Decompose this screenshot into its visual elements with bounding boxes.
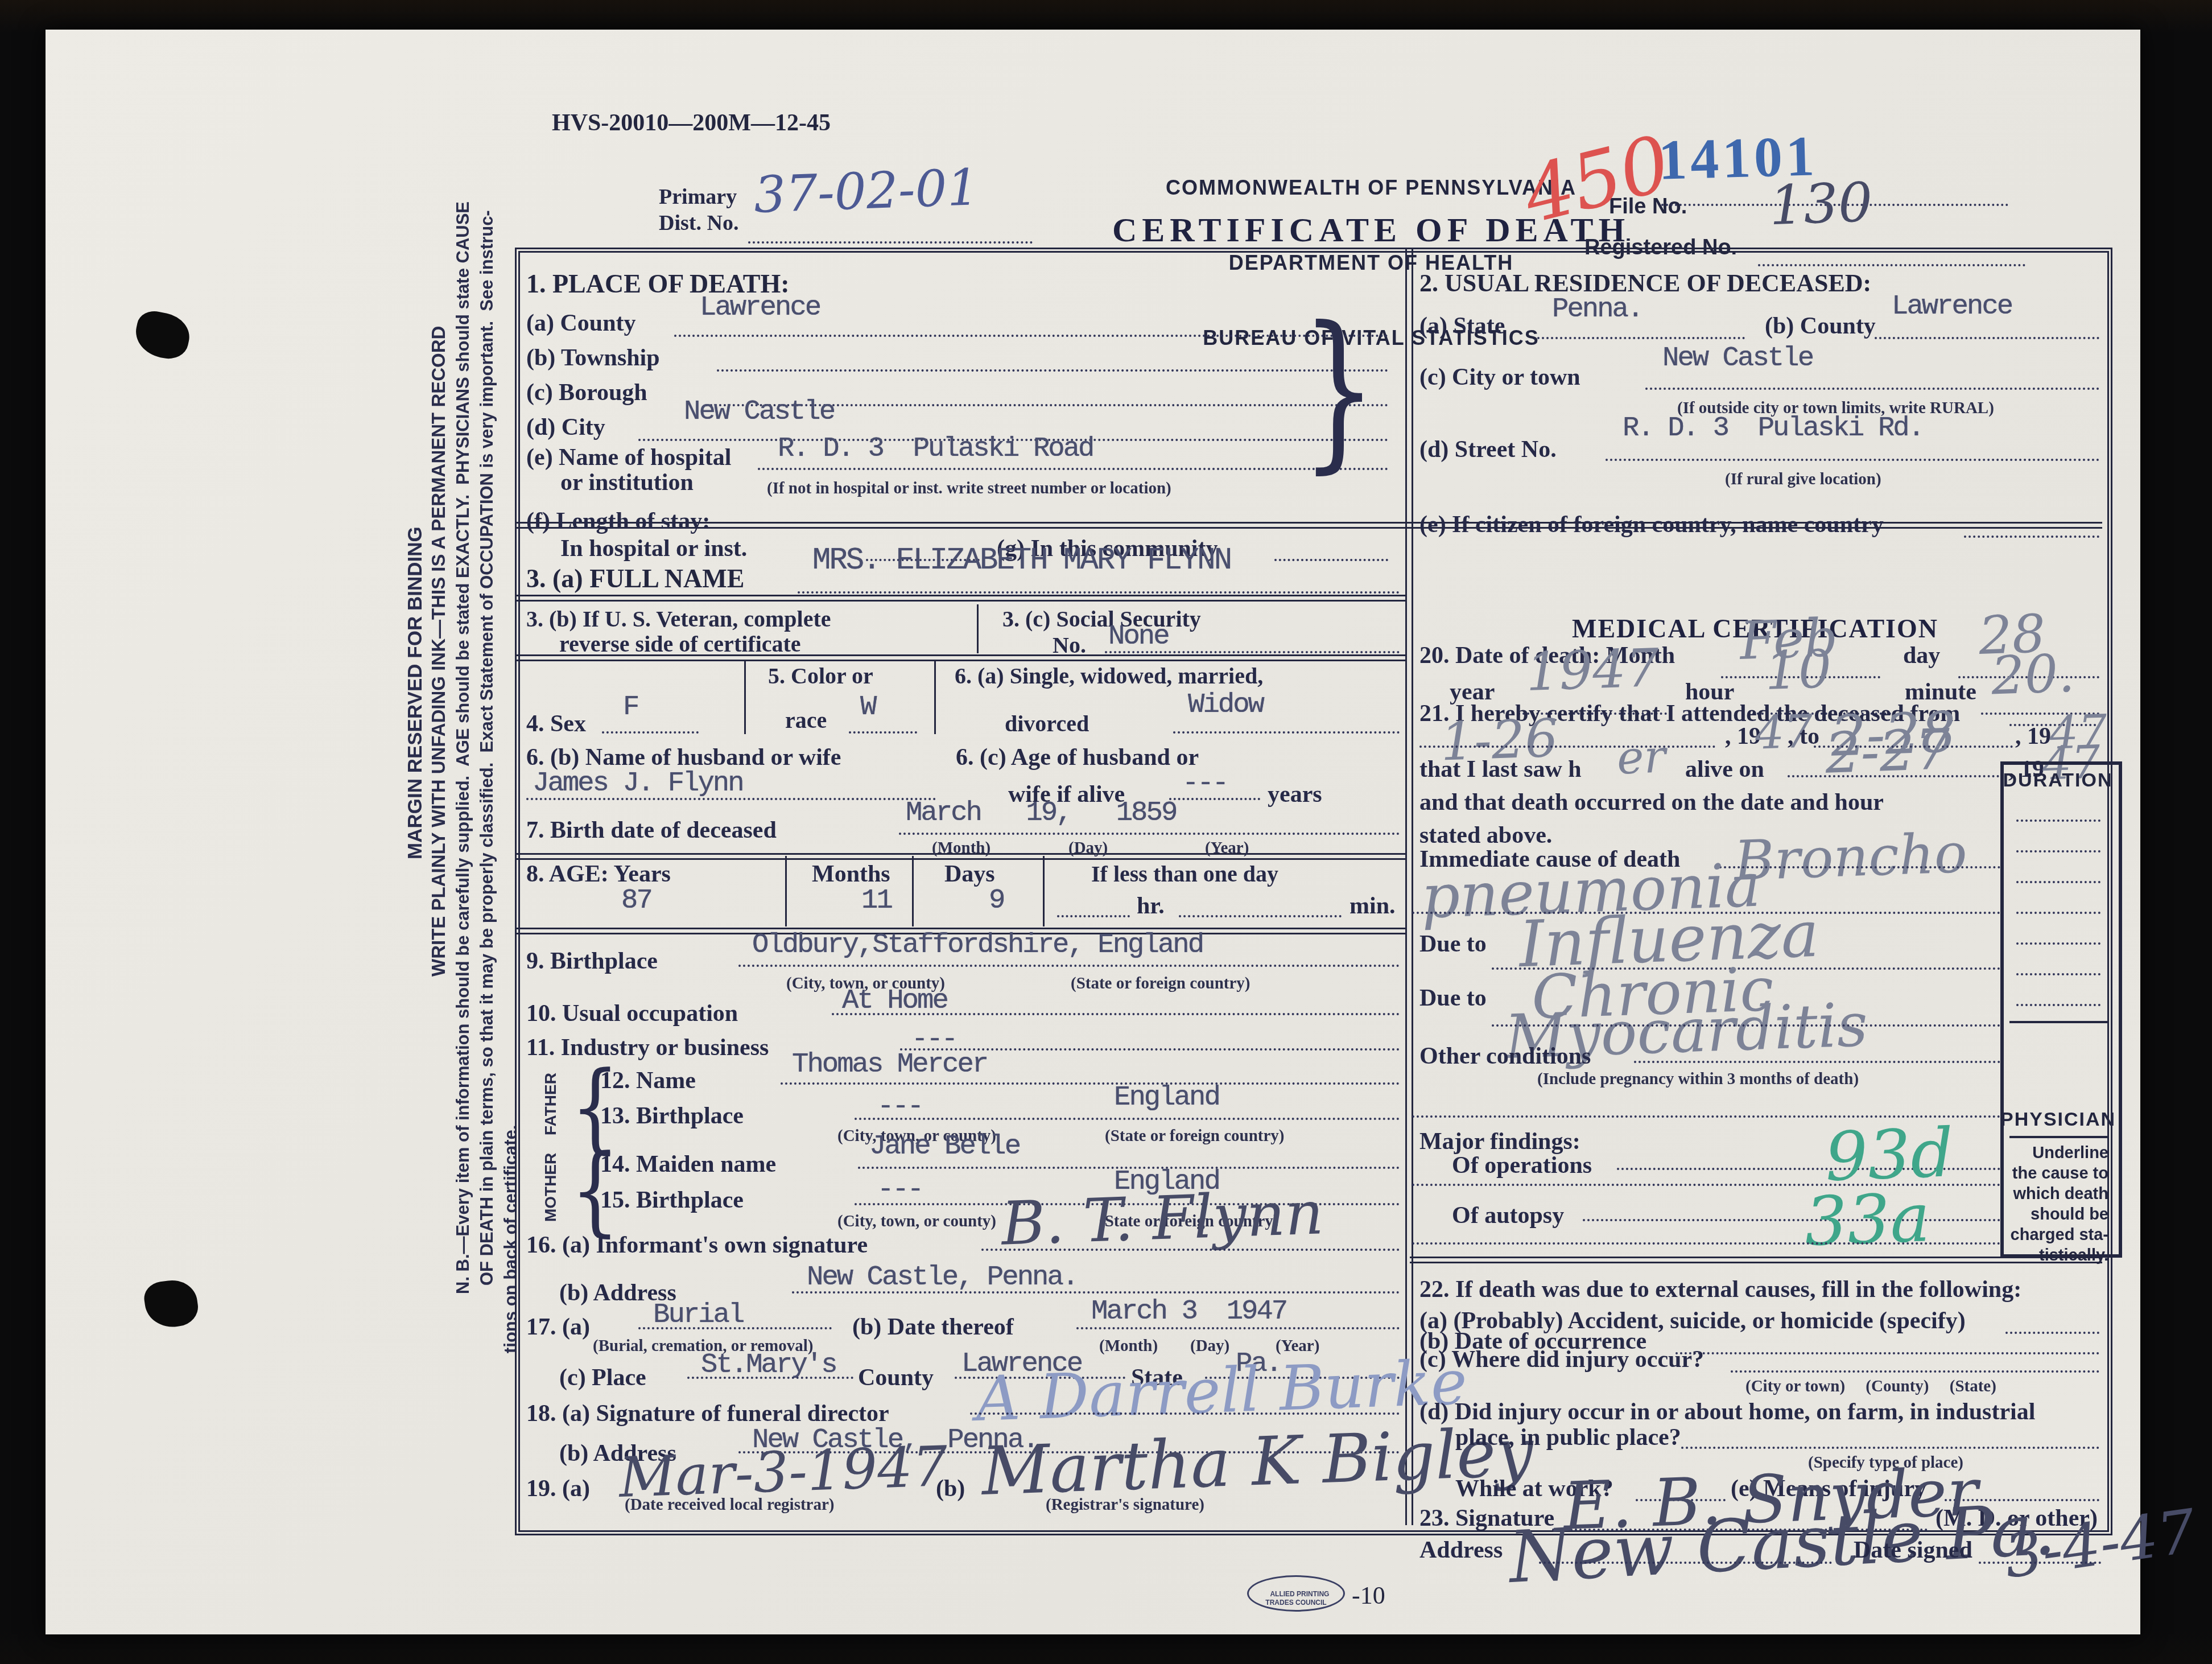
years-label: years bbox=[1268, 781, 1322, 808]
burial-place-value: St.Mary's bbox=[701, 1349, 836, 1381]
duration-label: DURATION bbox=[2000, 769, 2115, 792]
res-county-label: (b) County bbox=[1765, 312, 1876, 340]
operations-label: Of operations bbox=[1452, 1152, 1592, 1179]
dotted-line bbox=[981, 1249, 1400, 1251]
birthplace-value: Oldbury,Staffordshire, England bbox=[752, 929, 1203, 961]
physician-note: Underline the cause to which death shoul… bbox=[2009, 1143, 2108, 1266]
last-saw-label: that I last saw h bbox=[1419, 756, 1582, 783]
autopsy-label: Of autopsy bbox=[1452, 1202, 1564, 1229]
informant-address-value: New Castle, Penna. bbox=[807, 1261, 1077, 1293]
dotted-line bbox=[832, 1013, 1400, 1015]
year-hint: (Year) bbox=[1205, 839, 1249, 858]
column-divider bbox=[1405, 248, 1413, 1525]
funeral-director-label: 18. (a) Signature of funeral director bbox=[526, 1400, 889, 1427]
primary-dist-no-value: 37-02-01 bbox=[753, 158, 980, 224]
dotted-line bbox=[1634, 1061, 2000, 1063]
dotted-line bbox=[1412, 1242, 2000, 1245]
in-hospital-label: In hospital or inst. bbox=[560, 535, 747, 562]
due-to-label2: Due to bbox=[1419, 985, 1487, 1012]
injury-place-label1: (d) Did injury occur in or about home, o… bbox=[1419, 1398, 2035, 1426]
age-days-value: 9 bbox=[989, 884, 1004, 916]
punch-hole bbox=[142, 1277, 201, 1331]
registrar-date-label: 19. (a) bbox=[526, 1475, 590, 1502]
res-city-value: New Castle bbox=[1662, 342, 1813, 374]
major-findings-label: Major findings: bbox=[1419, 1128, 1580, 1155]
res-city-label: (c) City or town bbox=[1419, 364, 1580, 391]
full-name-label: 3. (a) FULL NAME bbox=[526, 563, 744, 594]
dotted-line bbox=[758, 468, 1388, 470]
dotted-line bbox=[1875, 337, 2099, 339]
street-hint: (If rural give location) bbox=[1725, 470, 1881, 489]
hospital-label2: or institution bbox=[560, 469, 694, 496]
hospital-value: R. D. 3 Pulaski Road bbox=[778, 433, 1093, 464]
dotted-line bbox=[748, 241, 1033, 244]
dotted-line bbox=[638, 1327, 832, 1329]
dotted-line bbox=[2016, 819, 2100, 822]
occupation-label: 10. Usual occupation bbox=[526, 1000, 738, 1027]
county-label: (a) County bbox=[526, 310, 636, 337]
birthdate-label: 7. Birth date of deceased bbox=[526, 817, 777, 844]
dotted-line bbox=[1179, 915, 1342, 917]
ssn-value: None bbox=[1108, 620, 1169, 652]
length-of-stay-label: (f) Length of stay: bbox=[526, 508, 710, 535]
certificate-paper: MARGIN RESERVED FOR BINDING WRITE PLAINL… bbox=[46, 30, 2140, 1634]
other-conditions-hint: (Include pregnancy within 3 months of de… bbox=[1537, 1070, 1859, 1089]
injury-where-hint: (City or town) (County) (State) bbox=[1745, 1377, 1996, 1396]
external-causes-title: 22. If death was due to external causes,… bbox=[1419, 1276, 2021, 1303]
dotted-line bbox=[1539, 1562, 1832, 1564]
industry-label: 11. Industry or business bbox=[526, 1034, 769, 1061]
dotted-line bbox=[1105, 651, 1400, 653]
dotted-line bbox=[899, 833, 1400, 835]
dotted-line bbox=[781, 1082, 1400, 1085]
street-value: R. D. 3 Pulaski Rd. bbox=[1623, 412, 1923, 444]
county-value: Lawrence bbox=[700, 291, 820, 323]
death-day-label: day bbox=[1903, 642, 1940, 669]
parents-hint2: (State or foreign country) bbox=[1105, 1127, 1284, 1146]
borough-label: (c) Borough bbox=[526, 379, 647, 406]
dotted-line bbox=[970, 1412, 1400, 1415]
date-thereof-value: March 3 1947 bbox=[1091, 1295, 1286, 1327]
date-signed-label: Date signed bbox=[1854, 1537, 1972, 1564]
foreign-country-label: (e) If citizen of foreign country, name … bbox=[1419, 511, 1884, 538]
dotted-line bbox=[1731, 1370, 2099, 1373]
union-printing-text: ALLIED PRINTING TRADES COUNCIL bbox=[1265, 1590, 1329, 1607]
dotted-line bbox=[1675, 1352, 2099, 1354]
hospital-hint: (If not in hospital or inst. write stree… bbox=[767, 479, 1171, 498]
birthdate-value: March 19, 1859 bbox=[906, 797, 1176, 829]
form-number: HVS-20010—200M—12-45 bbox=[552, 109, 831, 137]
rule bbox=[1043, 856, 1045, 926]
veteran-label2: reverse side of certificate bbox=[559, 631, 801, 657]
dotted-line bbox=[792, 1291, 1400, 1294]
ssn-label2: No. bbox=[1053, 632, 1086, 658]
margin-nb-note-2: OF DEATH in plain terms, so that it may … bbox=[477, 93, 497, 1402]
age-years-value: 87 bbox=[621, 884, 651, 916]
her-value: er bbox=[1616, 730, 1666, 785]
death-year-value: 1947 bbox=[1525, 637, 1660, 703]
burial-county-label: County bbox=[858, 1364, 934, 1391]
footer-code: -10 bbox=[1352, 1581, 1385, 1610]
spouse-age-label: 6. (c) Age of husband or bbox=[956, 744, 1199, 771]
brace-glyph: } bbox=[1301, 307, 1377, 472]
dotted-line bbox=[849, 731, 917, 734]
full-name-value: MRS. ELIZABETH MARY FLYNN bbox=[812, 543, 1231, 578]
other-conditions-label: Other conditions bbox=[1419, 1043, 1591, 1070]
maiden-name-label: 14. Maiden name bbox=[600, 1151, 776, 1178]
parents-hint1: (City, town, or county) bbox=[837, 1212, 996, 1231]
veteran-label: 3. (b) If U. S. Veteran, complete bbox=[526, 606, 831, 632]
dotted-line bbox=[2016, 942, 2100, 945]
birthplace-label: 9. Birthplace bbox=[526, 948, 658, 975]
dotted-line bbox=[1057, 915, 1130, 917]
rule bbox=[744, 660, 746, 734]
hr-label: hr. bbox=[1137, 892, 1165, 920]
dotted-line bbox=[2016, 912, 2100, 914]
father-name-label: 12. Name bbox=[600, 1067, 696, 1094]
immediate-cause-value1: Broncho bbox=[1733, 821, 1968, 893]
dotted-line bbox=[1719, 866, 2000, 868]
dotted-line bbox=[798, 591, 1400, 594]
father-name-value: Thomas Mercer bbox=[792, 1048, 987, 1080]
min-label: min. bbox=[1350, 892, 1396, 920]
dotted-line bbox=[526, 798, 936, 800]
state-value: Penna. bbox=[1552, 293, 1642, 325]
father-label: FATHER bbox=[542, 1066, 560, 1142]
hospital-label: (e) Name of hospital bbox=[526, 444, 731, 471]
dotted-line bbox=[2016, 881, 2100, 883]
township-label: (b) Township bbox=[526, 344, 660, 372]
rule bbox=[2009, 1021, 2107, 1023]
dotted-line bbox=[1492, 1024, 2000, 1027]
month-hint: (Month) bbox=[1099, 1337, 1158, 1356]
margin-ink-note: WRITE PLAINLY WITH UNFADING INK—THIS IS … bbox=[428, 179, 449, 1123]
dotted-line bbox=[674, 335, 1388, 337]
dotted-line bbox=[1583, 1219, 2000, 1221]
father-birthplace-label: 13. Birthplace bbox=[600, 1102, 744, 1130]
rule bbox=[977, 604, 979, 653]
registrar-sig-label: (b) bbox=[936, 1475, 965, 1502]
disposition-label: 17. (a) bbox=[526, 1313, 590, 1341]
city-label: (d) City bbox=[526, 414, 605, 441]
dotted-line bbox=[1076, 1327, 1400, 1329]
primary-dist-label2: Dist. No. bbox=[659, 211, 738, 236]
rule bbox=[912, 856, 914, 926]
dotted-line bbox=[1173, 731, 1400, 734]
dotted-line bbox=[1964, 536, 2099, 538]
less-than-day-label: If less than one day bbox=[1091, 860, 1278, 887]
burial-place-label: (c) Place bbox=[559, 1364, 646, 1391]
mother-label: MOTHER bbox=[542, 1150, 560, 1225]
state-label: (a) State bbox=[1419, 312, 1505, 340]
marital-value: Widow bbox=[1188, 689, 1263, 720]
day-hint: (Day) bbox=[1190, 1337, 1229, 1356]
margin-binding-note: MARGIN RESERVED FOR BINDING bbox=[404, 500, 427, 887]
spouse-age-value: --- bbox=[1182, 767, 1227, 799]
injury-where-label: (c) Where did injury occur? bbox=[1419, 1346, 1704, 1373]
registrar-sig-hint: (Registrar's signature) bbox=[1046, 1496, 1204, 1514]
mother-birthplace-label: 15. Birthplace bbox=[600, 1187, 744, 1214]
injury-place-label2: place, in public place? bbox=[1455, 1424, 1681, 1451]
dotted-line bbox=[1788, 775, 2004, 777]
punch-hole bbox=[131, 308, 193, 363]
date-thereof-label: (b) Date thereof bbox=[852, 1313, 1014, 1341]
father-birthplace-country: England bbox=[1114, 1081, 1219, 1113]
occupation-value: At Home bbox=[842, 985, 947, 1016]
rule bbox=[934, 660, 936, 734]
mother-birthplace-city: --- bbox=[877, 1173, 922, 1205]
rule bbox=[515, 595, 1405, 602]
day-hint: (Day) bbox=[1068, 839, 1108, 858]
dotted-line bbox=[1274, 559, 1388, 561]
physician-address-label: Address bbox=[1419, 1537, 1503, 1564]
res-county-value: Lawrence bbox=[1892, 290, 2012, 322]
sex-value: F bbox=[623, 691, 638, 723]
margin-nb-note-1: N. B.—Every item of information should b… bbox=[453, 93, 473, 1402]
death-hour-value: 10 bbox=[1764, 639, 1833, 702]
age-days-label: Days bbox=[944, 860, 995, 888]
dotted-line bbox=[2016, 973, 2100, 975]
age-label: 8. AGE: Years bbox=[526, 860, 671, 888]
scanned-death-certificate: MARGIN RESERVED FOR BINDING WRITE PLAINL… bbox=[0, 0, 2212, 1664]
rule bbox=[1410, 1257, 2102, 1263]
registered-no-value: 130 bbox=[1768, 171, 1873, 237]
dotted-line bbox=[687, 1377, 853, 1379]
age-months-value: 11 bbox=[861, 884, 892, 916]
sex-label: 4. Sex bbox=[526, 710, 586, 738]
death-minute-value: 20. bbox=[1990, 642, 2075, 706]
age-months-label: Months bbox=[812, 860, 890, 888]
city-value: New Castle bbox=[684, 396, 834, 427]
race-value: W bbox=[860, 691, 875, 723]
race-label: race bbox=[785, 707, 827, 734]
dotted-line bbox=[2016, 850, 2100, 852]
informant-signature: B. T. Flynn bbox=[1000, 1178, 1324, 1259]
dotted-line bbox=[1979, 1562, 2101, 1564]
marital-label: 6. (a) Single, widowed, married, bbox=[955, 662, 1263, 689]
occurred-label: and that death occurred on the date and … bbox=[1419, 789, 1884, 816]
rule bbox=[785, 856, 787, 926]
physician-label: PHYSICIAN bbox=[2000, 1109, 2115, 1131]
dotted-line bbox=[1169, 798, 1260, 800]
rule bbox=[2009, 1136, 2107, 1138]
autopsy-value: 33a bbox=[1804, 1178, 1932, 1261]
dotted-line bbox=[2016, 1004, 2100, 1006]
stated-above-label: stated above. bbox=[1419, 822, 1552, 849]
dotted-line bbox=[1419, 745, 1715, 748]
street-label: (d) Street No. bbox=[1419, 436, 1557, 463]
color-race-label: 5. Color or bbox=[768, 662, 873, 689]
alive-on-label: alive on bbox=[1685, 756, 1764, 783]
dotted-line bbox=[1645, 388, 2099, 390]
registrar-date-hint: (Date received local registrar) bbox=[625, 1496, 835, 1514]
dotted-line bbox=[2005, 1332, 2099, 1334]
primary-dist-label: Primary bbox=[659, 184, 737, 209]
dotted-line bbox=[1537, 337, 1745, 339]
informant-label: 16. (a) Informant's own signature bbox=[526, 1231, 868, 1259]
month-hint: (Month) bbox=[932, 839, 991, 858]
maiden-name-value: Jane Belle bbox=[869, 1130, 1020, 1162]
disposition-value: Burial bbox=[653, 1299, 743, 1331]
husband-value: James J. Flynn bbox=[533, 767, 743, 799]
section2-title: 2. USUAL RESIDENCE OF DECEASED: bbox=[1419, 269, 1871, 298]
birthplace-hint2: (State or foreign country) bbox=[1071, 974, 1250, 993]
due-to-label: Due to bbox=[1419, 930, 1487, 958]
dotted-line bbox=[717, 369, 1388, 372]
dotted-line bbox=[855, 1118, 1400, 1120]
ssn-label: 3. (c) Social Security bbox=[1002, 606, 1201, 632]
dotted-line bbox=[738, 965, 1400, 967]
dotted-line bbox=[1606, 459, 2099, 461]
marital-label2: divorced bbox=[1005, 710, 1089, 737]
union-printing-label: ALLIED PRINTING TRADES COUNCIL bbox=[1247, 1575, 1345, 1612]
dotted-line bbox=[1681, 1447, 2099, 1449]
dotted-line bbox=[602, 731, 699, 734]
